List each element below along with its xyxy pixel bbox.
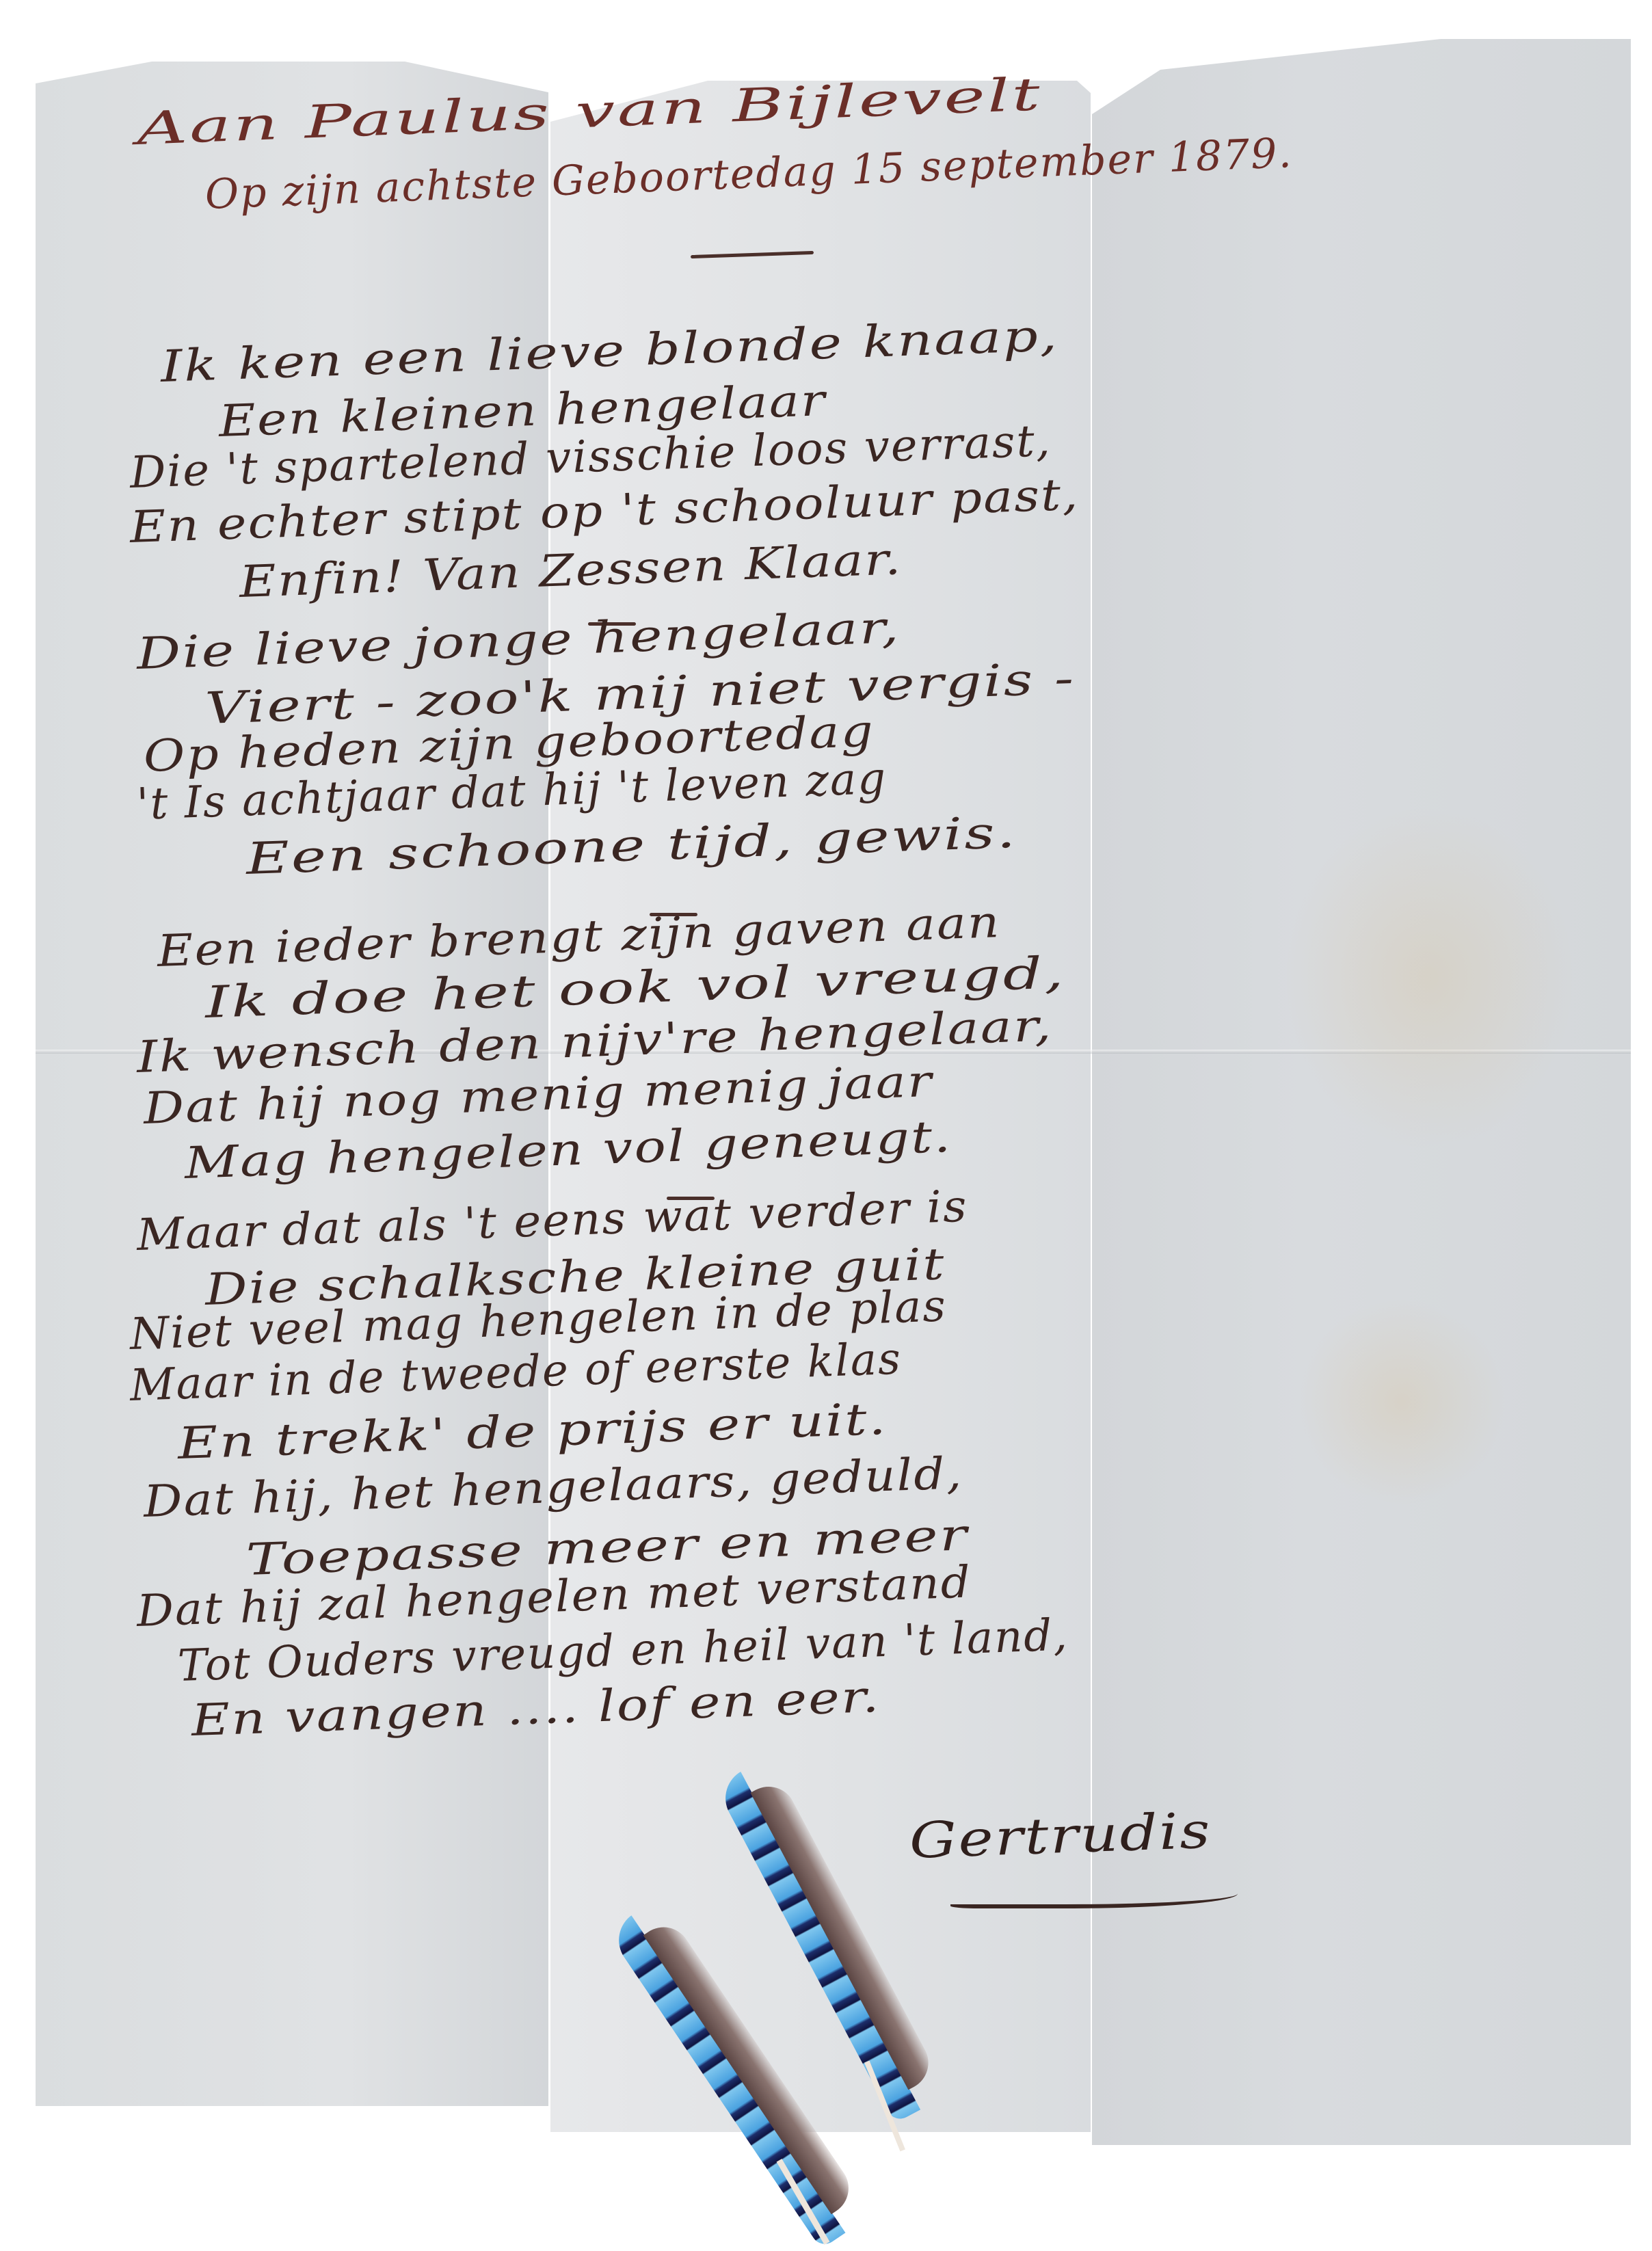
paper-stain [1285, 807, 1573, 1149]
letter-photo: Aan Paulus van Bijlevelt Op zijn achtste… [0, 0, 1652, 2251]
signature: Gertrudis [909, 1802, 1213, 1869]
paper-stain [1299, 1299, 1504, 1504]
